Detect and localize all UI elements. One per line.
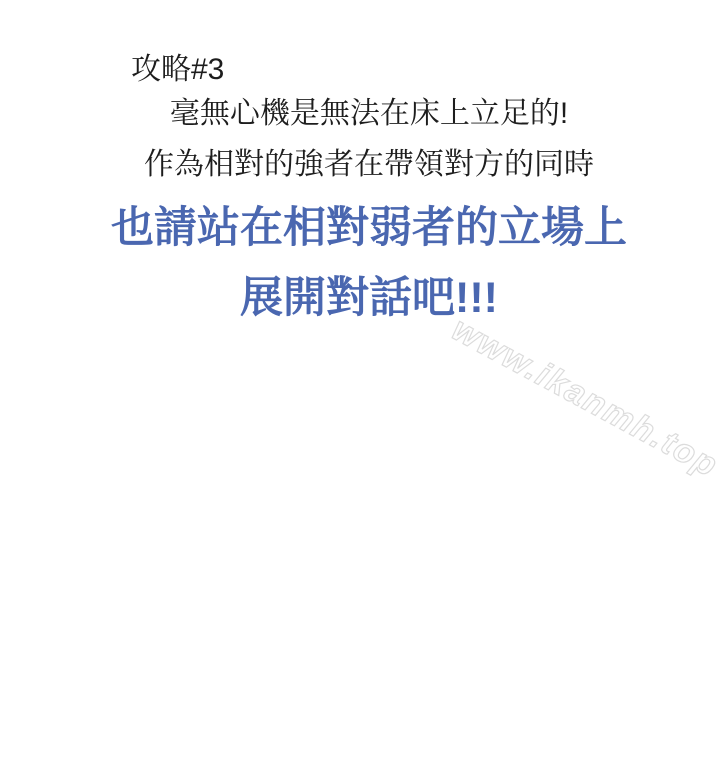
narration-line-2: 作為相對的強者在帶領對方的同時	[144, 148, 594, 183]
strategy-tag-label: 攻略#3	[131, 53, 224, 88]
comic-page: 攻略#3 毫無心機是無法在床上立足的! 作為相對的強者在帶領對方的同時 也請站在…	[0, 0, 720, 767]
narration-line-1: 毫無心機是無法在床上立足的!	[170, 97, 568, 132]
site-watermark: www.ikanmh.top	[445, 310, 720, 486]
emphasis-line-1: 也請站在相對弱者的立場上	[111, 204, 627, 253]
